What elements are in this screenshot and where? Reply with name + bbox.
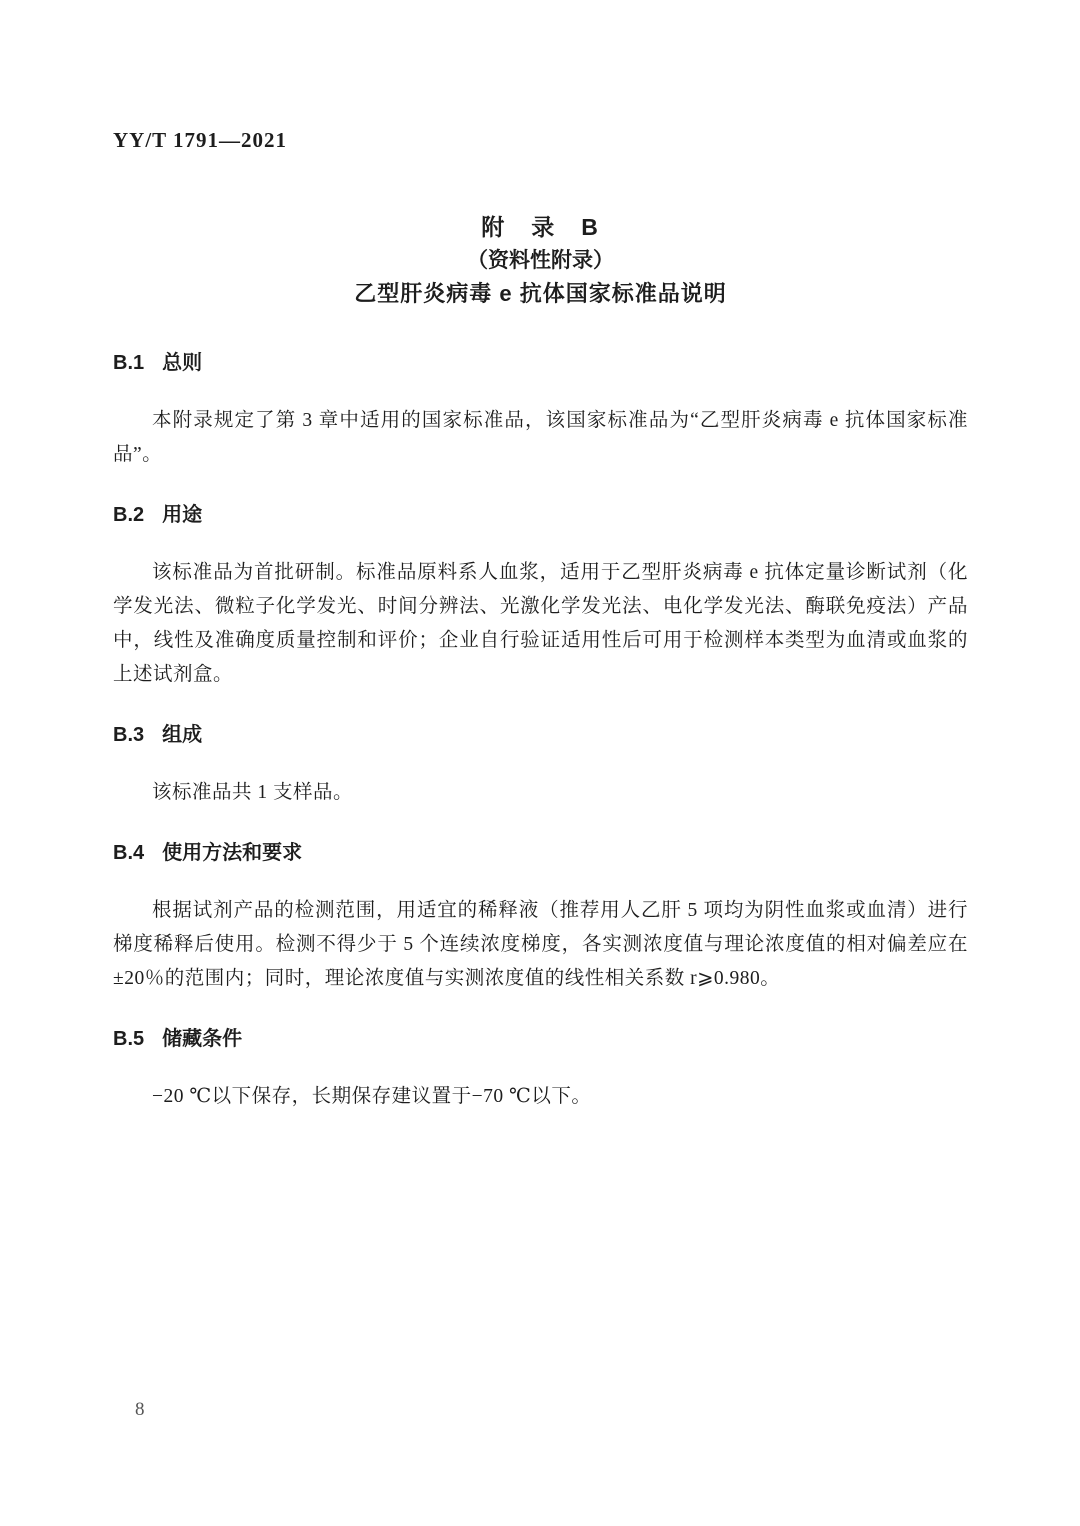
section-b1-title: 总则 — [162, 352, 202, 374]
standard-number: YY/T 1791—2021 — [113, 0, 968, 154]
section-b2-paragraph: 该标准品为首批研制。标准品原料系人血浆，适用于乙型肝炎病毒 e 抗体定量诊断试剂… — [113, 556, 968, 692]
section-b5-number: B.5 — [113, 1028, 144, 1050]
section-b5: B.5储藏条件 −20 ℃以下保存，长期保存建议置于−70 ℃以下。 — [113, 1024, 968, 1114]
section-b3: B.3组成 该标准品共 1 支样品。 — [113, 720, 968, 810]
section-b3-heading: B.3组成 — [113, 720, 968, 750]
appendix-name: 乙型肝炎病毒 e 抗体国家标准品说明 — [113, 277, 968, 310]
page-content: YY/T 1791—2021 附 录 B （资料性附录） 乙型肝炎病毒 e 抗体… — [0, 0, 1080, 1114]
section-b4-paragraph: 根据试剂产品的检测范围，用适宜的稀释液（推荐用人乙肝 5 项均为阴性血浆或血清）… — [113, 894, 968, 996]
section-b2-number: B.2 — [113, 504, 144, 526]
appendix-title: 附 录 B — [113, 210, 968, 244]
section-b3-title: 组成 — [162, 724, 202, 746]
section-b2: B.2用途 该标准品为首批研制。标准品原料系人血浆，适用于乙型肝炎病毒 e 抗体… — [113, 500, 968, 692]
section-b5-paragraph: −20 ℃以下保存，长期保存建议置于−70 ℃以下。 — [113, 1080, 968, 1114]
section-b3-number: B.3 — [113, 724, 144, 746]
section-b5-heading: B.5储藏条件 — [113, 1024, 968, 1054]
section-b1: B.1总则 本附录规定了第 3 章中适用的国家标准品，该国家标准品为“乙型肝炎病… — [113, 348, 968, 472]
page-number: 8 — [135, 1398, 145, 1422]
section-b1-heading: B.1总则 — [113, 348, 968, 378]
appendix-subtitle: （资料性附录） — [113, 244, 968, 277]
section-b2-heading: B.2用途 — [113, 500, 968, 530]
section-b1-paragraph: 本附录规定了第 3 章中适用的国家标准品，该国家标准品为“乙型肝炎病毒 e 抗体… — [113, 404, 968, 472]
document-page: YY/T 1791—2021 附 录 B （资料性附录） 乙型肝炎病毒 e 抗体… — [0, 0, 1080, 1526]
section-b5-title: 储藏条件 — [162, 1028, 242, 1050]
section-b4-title: 使用方法和要求 — [162, 842, 302, 864]
section-b4-heading: B.4使用方法和要求 — [113, 838, 968, 868]
section-b3-paragraph: 该标准品共 1 支样品。 — [113, 776, 968, 810]
section-b4-number: B.4 — [113, 842, 144, 864]
section-b1-number: B.1 — [113, 352, 144, 374]
section-b2-title: 用途 — [162, 504, 202, 526]
appendix-title-block: 附 录 B （资料性附录） 乙型肝炎病毒 e 抗体国家标准品说明 — [113, 210, 968, 310]
section-b4: B.4使用方法和要求 根据试剂产品的检测范围，用适宜的稀释液（推荐用人乙肝 5 … — [113, 838, 968, 996]
